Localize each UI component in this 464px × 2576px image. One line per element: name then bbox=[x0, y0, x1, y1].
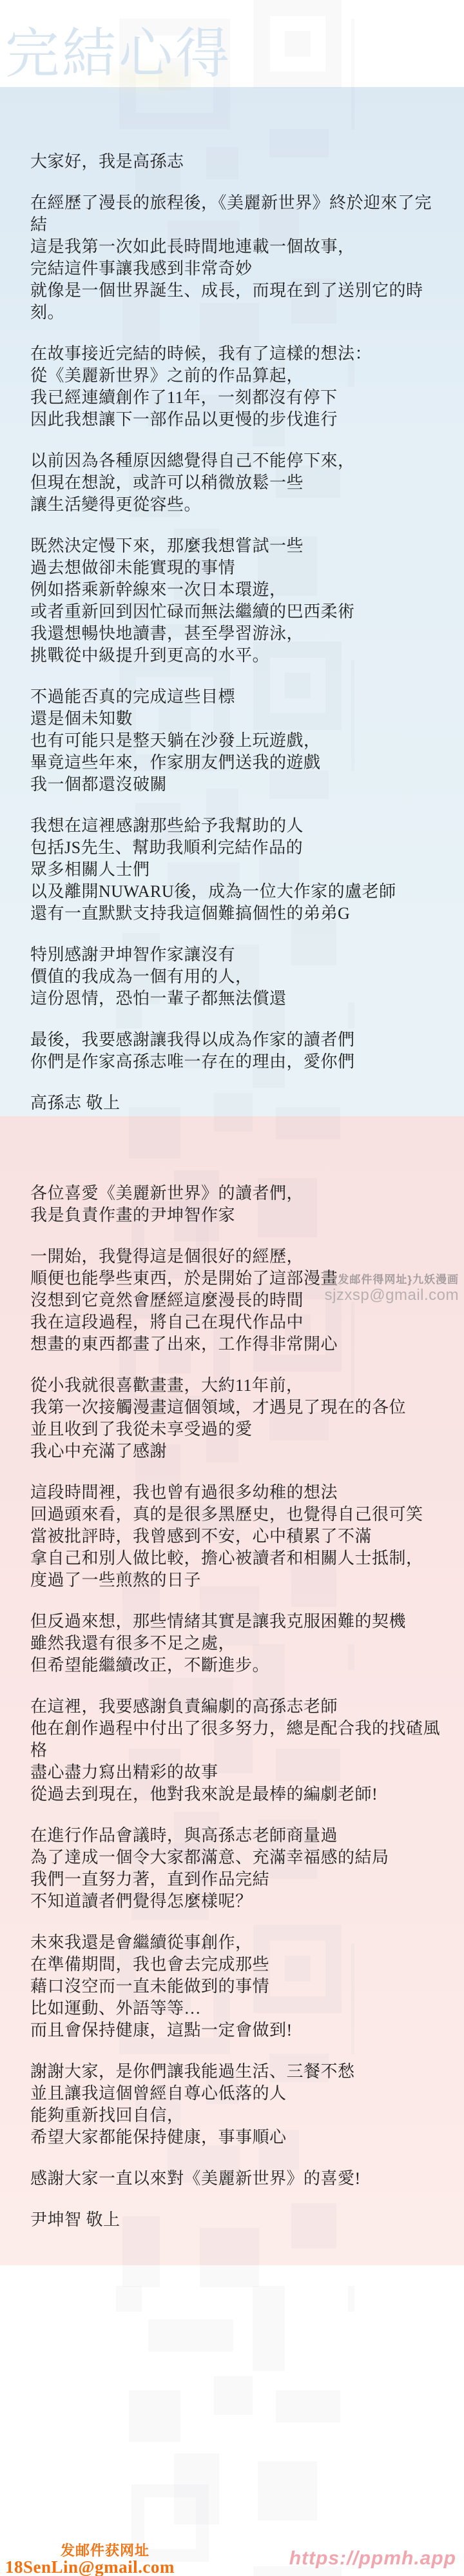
site-watermark-middle: {发邮件得网址}九妖漫画 sjzxsp@gmail.com bbox=[325, 1270, 459, 1304]
paragraph: 但反過來想，那些情緒其實是讓我克服困難的契機雖然我還有很多不足之處，但希望能繼續… bbox=[30, 1611, 447, 1676]
text-line: 回過頭來看，真的是很多黑歷史，也覺得自己很可笑 bbox=[30, 1504, 447, 1526]
text-line: 但希望能繼續改正，不斷進步。 bbox=[30, 1655, 447, 1676]
paragraph: 在經歷了漫長的旅程後，《美麗新世界》終於迎來了完結這是我第一次如此長時間地連載一… bbox=[30, 192, 447, 324]
text-line: 或者重新回到因忙碌而無法繼續的巴西柔術 bbox=[30, 601, 447, 623]
text-line: 我一個都還沒破關 bbox=[30, 774, 447, 796]
page-title: 完結心得 bbox=[5, 25, 232, 85]
text-line: 還是個未知數 bbox=[30, 708, 447, 730]
text-line: 盡心盡力寫出精彩的故事 bbox=[30, 1762, 447, 1784]
paragraph: 大家好，我是高孫志 bbox=[30, 151, 447, 173]
bottom-watermark-email: 18SenLin@gmail.com bbox=[5, 2558, 151, 2576]
site-watermark-tagline: {发邮件得网址}九妖漫画 bbox=[325, 1270, 459, 1286]
paragraph: 既然決定慢下來，那麼我想嘗試一些過去想做卻未能實現的事情例如搭乘新幹線來一次日本… bbox=[30, 535, 447, 667]
text-line: 當被批評時，我曾感到不安，心中積累了不滿 bbox=[30, 1526, 447, 1548]
text-line: 例如搭乘新幹線來一次日本環遊， bbox=[30, 579, 447, 601]
text-line: 拿自己和別人做比較，擔心被讀者和相關人士抵制， bbox=[30, 1548, 447, 1569]
text-line: 價值的我成為一個有用的人， bbox=[30, 966, 447, 988]
text-line: 從小我就很喜歡畫畫，大約11年前， bbox=[30, 1375, 447, 1397]
text-line: 就像是一個世界誕生、成長，而現在到了送別它的時刻。 bbox=[30, 280, 447, 324]
writer-signature: 高孫志 敬上 bbox=[30, 1092, 447, 1114]
artist-signature: 尹坤智 敬上 bbox=[30, 2209, 447, 2231]
writer-letter: 大家好，我是高孫志在經歷了漫長的旅程後，《美麗新世界》終於迎來了完結這是我第一次… bbox=[30, 151, 447, 1114]
text-line: 挑戰從中級提升到更高的水平。 bbox=[30, 645, 447, 667]
text-line: 既然決定慢下來，那麼我想嘗試一些 bbox=[30, 535, 447, 557]
text-line: 因此我想讓下一部作品以更慢的步伐進行 bbox=[30, 409, 447, 431]
text-line: 感謝大家一直以來對《美麗新世界》的喜愛! bbox=[30, 2168, 447, 2190]
text-line: 我已經連續創作了11年，一刻都沒有停下 bbox=[30, 387, 447, 409]
text-line: 度過了一些煎熬的日子 bbox=[30, 1569, 447, 1591]
text-line: 為了達成一個令大家都滿意、充滿幸福感的結局 bbox=[30, 1847, 447, 1869]
text-line: 我想在這裡感謝那些給予我幫助的人 bbox=[30, 815, 447, 837]
text-line: 畢竟這些年來，作家朋友們送我的遊戲 bbox=[30, 752, 447, 774]
text-line: 在故事接近完結的時候，我有了這樣的想法： bbox=[30, 343, 447, 365]
site-watermark-bottom-left: 发邮件获网址 18SenLin@gmail.com bbox=[5, 2543, 151, 2576]
text-line: 未來我還是會繼續從事創作， bbox=[30, 1932, 447, 1954]
text-line: 但反過來想，那些情緒其實是讓我克服困難的契機 bbox=[30, 1611, 447, 1633]
text-line: 這段時間裡，我也曾有過很多幼稚的想法 bbox=[30, 1482, 447, 1504]
text-line: 我心中充滿了感謝 bbox=[30, 1440, 447, 1462]
paragraph: 從小我就很喜歡畫畫，大約11年前，我第一次接觸漫畫這個領域，才遇見了現在的各位並… bbox=[30, 1375, 447, 1462]
text-line: 這是我第一次如此長時間地連載一個故事， bbox=[30, 236, 447, 258]
paragraph: 謝謝大家，是你們讓我能過生活、三餐不愁並且讓我這個曾經自尊心低落的人能夠重新找回… bbox=[30, 2061, 447, 2148]
text-line: 不知道讀者們覺得怎麼樣呢？ bbox=[30, 1891, 447, 1912]
text-line: 讓生活變得更從容些。 bbox=[30, 494, 447, 516]
paragraph: 在故事接近完結的時候，我有了這樣的想法：從《美麗新世界》之前的作品算起，我已經連… bbox=[30, 343, 447, 431]
text-line: 我在這段過程，將自己在現代作品中 bbox=[30, 1312, 447, 1333]
text-line: 也有可能只是整天躺在沙發上玩遊戲， bbox=[30, 730, 447, 752]
text-line: 最後，我要感謝讓我得以成為作家的讀者們 bbox=[30, 1029, 447, 1051]
text-line: 一開始，我覺得這是個很好的經歷， bbox=[30, 1246, 447, 1268]
text-line: 不過能否真的完成這些目標 bbox=[30, 686, 447, 708]
paragraph: 感謝大家一直以來對《美麗新世界》的喜愛! bbox=[30, 2168, 447, 2190]
artist-letter: 各位喜愛《美麗新世界》的讀者們，我是負責作畫的尹坤智作家一開始，我覺得這是個很好… bbox=[30, 1183, 447, 2231]
text-line: 能夠重新找回自信， bbox=[30, 2105, 447, 2127]
text-line: 我是負責作畫的尹坤智作家 bbox=[30, 1204, 447, 1226]
text-line: 我第一次接觸漫畫這個領域，才遇見了現在的各位 bbox=[30, 1397, 447, 1419]
paragraph: 未來我還是會繼續從事創作，在準備期間，我也會去完成那些藉口沒空而一直未能做到的事… bbox=[30, 1932, 447, 2041]
text-line: 眾多相關人士們 bbox=[30, 859, 447, 881]
text-line: 你們是作家高孫志唯一存在的理由，愛你們 bbox=[30, 1051, 447, 1073]
paragraph: 最後，我要感謝讓我得以成為作家的讀者們你們是作家高孫志唯一存在的理由，愛你們 bbox=[30, 1029, 447, 1073]
text-line: 但現在想說，或許可以稍微放鬆一些 bbox=[30, 472, 447, 494]
site-watermark-email: sjzxsp@gmail.com bbox=[325, 1286, 459, 1304]
text-line: 我還想暢快地讀書，甚至學習游泳， bbox=[30, 623, 447, 645]
text-line: 謝謝大家，是你們讓我能過生活、三餐不愁 bbox=[30, 2061, 447, 2083]
text-line: 在準備期間，我也會去完成那些 bbox=[30, 1954, 447, 1976]
text-line: 以及離開NUWARU後，成為一位大作家的盧老師 bbox=[30, 881, 447, 903]
site-watermark-url: https://ppmh.app bbox=[289, 2548, 456, 2570]
afterword-page: 完結心得 大家好，我是高孫志在經歷了漫長的旅程後，《美麗新世界》終於迎來了完結這… bbox=[0, 0, 464, 2576]
text-line: 在進行作品會議時，與高孫志老師商量過 bbox=[30, 1825, 447, 1847]
text-line: 希望大家都能保持健康，事事順心 bbox=[30, 2127, 447, 2148]
text-line: 特別感謝尹坤智作家讓沒有 bbox=[30, 944, 447, 966]
text-line: 並且收到了我從未享受過的愛 bbox=[30, 1419, 447, 1440]
text-line: 這份恩情，恐怕一輩子都無法償還 bbox=[30, 988, 447, 1010]
text-line: 完結這件事讓我感到非常奇妙 bbox=[30, 258, 447, 280]
text-line: 藉口沒空而一直未能做到的事情 bbox=[30, 1976, 447, 1998]
text-line: 過去想做卻未能實現的事情 bbox=[30, 557, 447, 579]
writer-letter-paragraphs: 大家好，我是高孫志在經歷了漫長的旅程後，《美麗新世界》終於迎來了完結這是我第一次… bbox=[30, 151, 447, 1073]
paragraph: 不過能否真的完成這些目標還是個未知數也有可能只是整天躺在沙發上玩遊戲，畢竟這些年… bbox=[30, 686, 447, 796]
text-line: 並且讓我這個曾經自尊心低落的人 bbox=[30, 2083, 447, 2105]
text-line: 大家好，我是高孫志 bbox=[30, 151, 447, 173]
artist-letter-paragraphs: 各位喜愛《美麗新世界》的讀者們，我是負責作畫的尹坤智作家一開始，我覺得這是個很好… bbox=[30, 1183, 447, 2190]
text-line: 他在創作過程中付出了很多努力，總是配合我的找碴風格 bbox=[30, 1718, 447, 1762]
text-line: 在經歷了漫長的旅程後，《美麗新世界》終於迎來了完結 bbox=[30, 192, 447, 236]
paragraph: 在進行作品會議時，與高孫志老師商量過為了達成一個令大家都滿意、充滿幸福感的結局我… bbox=[30, 1825, 447, 1912]
bottom-watermark-tagline: 发邮件获网址 bbox=[5, 2543, 151, 2558]
paragraph: 特別感謝尹坤智作家讓沒有價值的我成為一個有用的人，這份恩情，恐怕一輩子都無法償還 bbox=[30, 944, 447, 1010]
text-line: 在這裡，我要感謝負責編劇的高孫志老師 bbox=[30, 1696, 447, 1718]
text-line: 還有一直默默支持我這個難搞個性的弟弟G bbox=[30, 903, 447, 925]
text-line: 想畫的東西都畫了出來，工作得非常開心 bbox=[30, 1333, 447, 1355]
text-line: 包括JS先生、幫助我順利完結作品的 bbox=[30, 837, 447, 859]
text-line: 我們一直努力著，直到作品完結 bbox=[30, 1869, 447, 1891]
paragraph: 各位喜愛《美麗新世界》的讀者們，我是負責作畫的尹坤智作家 bbox=[30, 1183, 447, 1226]
paragraph: 這段時間裡，我也曾有過很多幼稚的想法回過頭來看，真的是很多黑歷史，也覺得自己很可… bbox=[30, 1482, 447, 1591]
text-line: 從過去到現在，他對我來說是最棒的編劇老師! bbox=[30, 1784, 447, 1805]
text-line: 各位喜愛《美麗新世界》的讀者們， bbox=[30, 1183, 447, 1204]
paragraph: 在這裡，我要感謝負責編劇的高孫志老師他在創作過程中付出了很多努力，總是配合我的找… bbox=[30, 1696, 447, 1805]
paragraph: 以前因為各種原因總覺得自己不能停下來，但現在想說，或許可以稍微放鬆一些讓生活變得… bbox=[30, 450, 447, 516]
paragraph: 我想在這裡感謝那些給予我幫助的人包括JS先生、幫助我順利完結作品的眾多相關人士們… bbox=[30, 815, 447, 925]
text-line: 從《美麗新世界》之前的作品算起， bbox=[30, 365, 447, 387]
text-line: 雖然我還有很多不足之處， bbox=[30, 1633, 447, 1655]
text-line: 以前因為各種原因總覺得自己不能停下來， bbox=[30, 450, 447, 472]
text-line: 比如運動、外語等等… bbox=[30, 1998, 447, 2020]
text-line: 而且會保持健康，這點一定會做到! bbox=[30, 2020, 447, 2041]
